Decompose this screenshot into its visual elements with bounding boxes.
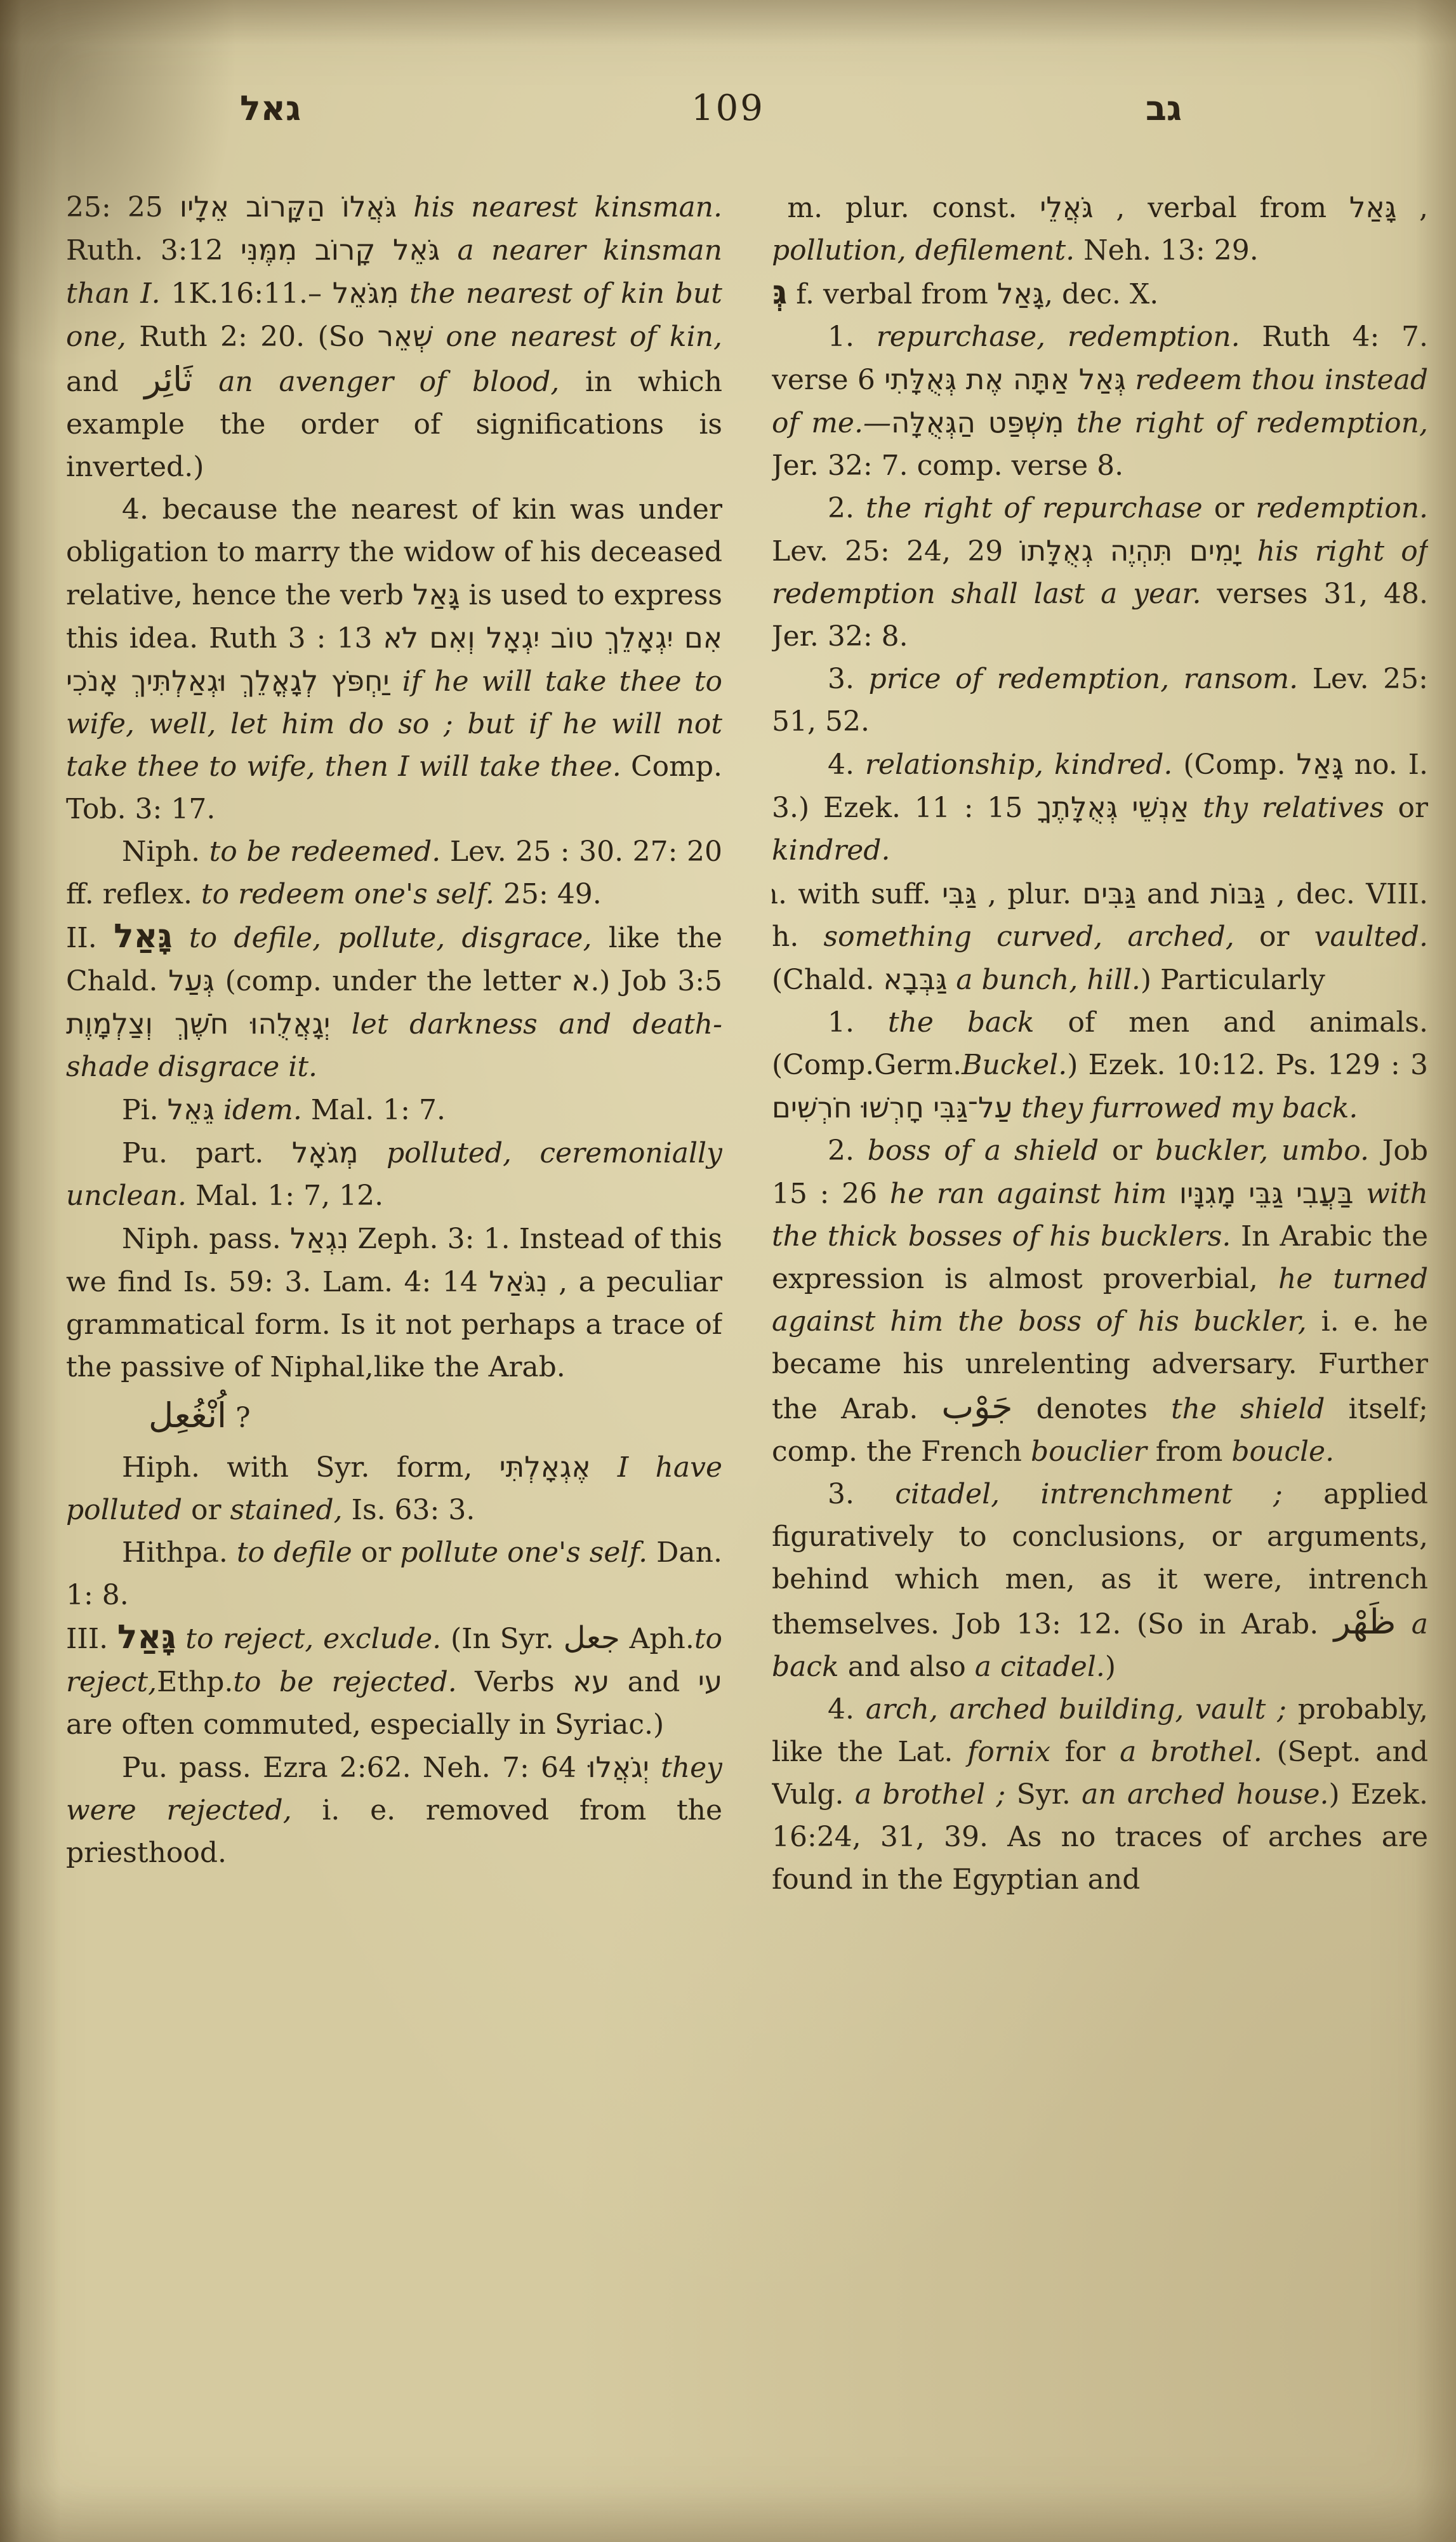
latin-text: Pu. pass. Ezra 2:62. Neh. 7: 64 (122, 1752, 588, 1784)
hebrew-text: עַל־גַּבִּי חָרְשׁוּ חֹרְשִׁים (772, 1091, 1012, 1124)
italic-gloss: price of redemption, ransom. (869, 663, 1299, 695)
arabic-text: جَوْب (941, 1387, 1012, 1427)
dictionary-entry-paragraph: III. גָּאַל to reject, exclude. (In Syr.… (66, 1616, 722, 1746)
italic-gloss: to defile, pollute, disgrace, (173, 922, 592, 954)
latin-text: 4. (828, 1693, 866, 1726)
body-paragraph: اُنْغُعِل ? (66, 1388, 722, 1446)
latin-text: are often commuted, especially in Syriac… (66, 1708, 664, 1741)
latin-text: Ruth. 3:12 (66, 234, 241, 267)
body-paragraph: Pi. גֵּאֵל idem. Mal. 1: 7. (66, 1088, 722, 1131)
italic-gloss: the shield (1171, 1393, 1348, 1425)
latin-text: 1. (828, 1006, 888, 1039)
scanned-lexicon-page: גאל 109 גב 25: 25 גֹּאֲלוֹ הַקָּרוֹב אֵל… (0, 0, 1456, 2542)
italic-gloss: the right of redemption, (1064, 407, 1428, 439)
body-paragraph: 4. arch, arched building, vault ; probab… (772, 1688, 1428, 1901)
latin-text: Hiph. with Syr. form, (122, 1451, 500, 1484)
latin-text: (Chald. (772, 964, 884, 996)
italic-gloss: redemption. (1255, 492, 1428, 524)
italic-gloss: a brothel. (1120, 1736, 1262, 1768)
hebrew-text: יְגָאֲלֻהוּ חֹשֶׁךְ וְצַלְמָוֶת (66, 1007, 330, 1041)
hebrew-text: גָּאַל (413, 578, 460, 611)
dictionary-entry-paragraph: גַּב m. with suff. גַּבִּי , plur. גַּבִ… (772, 872, 1428, 1001)
italic-gloss: one nearest of kin, (433, 321, 722, 353)
latin-text: Mal. 1: 7. (302, 1094, 446, 1126)
latin-text: , plur. (977, 878, 1083, 910)
italic-gloss: buckler, umbo. (1155, 1135, 1369, 1167)
italic-gloss: the right of repurchase (866, 492, 1214, 524)
hebrew-text: גַּבִּי (942, 877, 977, 910)
latin-text: and also (848, 1651, 975, 1683)
latin-text: or (1398, 792, 1428, 824)
latin-text: III. (66, 1623, 117, 1655)
latin-text: Jer. 32: 7. comp. verse 8. (772, 449, 1123, 482)
latin-text: , (1396, 192, 1428, 224)
arabic-text: اُنْغُعِل (149, 1395, 227, 1435)
latin-text: and (1136, 878, 1210, 910)
hebrew-text: גַּבְּבָא (884, 962, 948, 996)
body-paragraph: 1. repurchase, redemption. Ruth 4: 7. ve… (772, 316, 1428, 487)
hebrew-text: גָּאַל (1349, 190, 1396, 224)
latin-text: m. plur. const. (772, 192, 1040, 224)
italic-gloss: idem. (215, 1094, 302, 1126)
hebrew-text: מְגֹאָל (292, 1136, 359, 1169)
hebrew-text: גְּאַל אַתָּה אֶת גְּאֻלָּתִי (884, 363, 1126, 396)
italic-gloss: something curved, arched, (824, 921, 1259, 953)
arabic-text: ثَائِر (144, 359, 192, 399)
latin-text: 2. (828, 1135, 868, 1167)
dictionary-entry-paragraph: II. גָּאַל to defile, pollute, disgrace,… (66, 915, 722, 1088)
hebrew-text: מִגֹּאֵל (333, 276, 399, 310)
hebrew-text: אַנְשֵׁי גְּאֻלָּתֶךָ (1036, 790, 1189, 824)
italic-gloss: stained, (230, 1494, 343, 1526)
latin-text: Pi. (122, 1094, 168, 1126)
latin-text: , dec. X. (1044, 278, 1158, 310)
italic-gloss: fornix (967, 1736, 1065, 1768)
latin-text: 3. (828, 1478, 895, 1510)
hebrew-text: נִגֹּאַל (489, 1265, 547, 1298)
hebrew-text: שְׁאֵר (378, 319, 433, 353)
italic-gloss: repurchase, redemption. (877, 321, 1240, 353)
latin-text: Hithpa. (122, 1536, 237, 1569)
dictionary-entry-paragraph: גֹּאֶל m. plur. const. גֹּאֲלֵי , verbal… (772, 185, 1428, 272)
latin-text: Niph. pass. (122, 1223, 290, 1255)
right-column: גֹּאֶל m. plur. const. גֹּאֲלֵי , verbal… (772, 185, 1428, 2509)
italic-gloss: a citadel. (975, 1651, 1105, 1683)
latin-text: Lev. 25: 24, 29 (772, 535, 1019, 568)
italic-gloss: arch, arched building, vault ; (866, 1693, 1287, 1726)
italic-gloss: his nearest kinsman. (397, 191, 722, 223)
hebrew-headword: גְּאֻלָּה (772, 274, 787, 312)
italic-gloss: a bunch, hill. (947, 964, 1141, 996)
hebrew-text: נִגְאַל (290, 1221, 348, 1255)
body-paragraph: 3. citadel, intrenchment ; applied figur… (772, 1473, 1428, 1688)
latin-text: Niph. (122, 835, 209, 868)
latin-text: 25: 49. (494, 878, 602, 910)
latin-text: and (609, 1666, 698, 1698)
hebrew-text: גַּבּוֹת (1210, 877, 1265, 910)
body-paragraph: 2. the right of repurchase or redemption… (772, 487, 1428, 658)
hebrew-text: גָּאַל (997, 277, 1044, 310)
italic-gloss: relationship, kindred. (865, 749, 1173, 781)
latin-text: (In Syr. (441, 1623, 563, 1655)
body-paragraph: Niph. pass. נִגְאַל Zeph. 3: 1. Instead … (66, 1217, 722, 1388)
body-paragraph: Pu. pass. Ezra 2:62. Neh. 7: 64 יְגֹאֲלו… (66, 1746, 722, 1874)
page-number: 109 (0, 80, 1456, 137)
latin-text: or (361, 1536, 400, 1569)
latin-text: for (1065, 1736, 1120, 1768)
italic-gloss: to reject, exclude. (176, 1623, 441, 1655)
page-header: גאל 109 גב (0, 80, 1456, 137)
body-paragraph: 2. boss of a shield or buckler, umbo. Jo… (772, 1129, 1428, 1473)
latin-text: denotes (1013, 1393, 1171, 1425)
hebrew-text: גֵּאֵל (168, 1093, 215, 1126)
latin-text: , verbal from (1094, 192, 1349, 224)
italic-gloss: to be rejected. (233, 1666, 456, 1698)
italic-gloss: they furrowed my back. (1012, 1092, 1358, 1124)
latin-text: .) Job 3:5 (590, 965, 722, 997)
latin-text: or (1259, 921, 1314, 953)
italic-gloss: citadel, intrenchment ; (895, 1478, 1283, 1510)
italic-gloss: vaulted. (1314, 921, 1428, 953)
italic-gloss: kindred. (772, 834, 890, 867)
latin-text: Mal. 1: 7, 12. (187, 1180, 383, 1212)
latin-text: 25: 25 (66, 191, 180, 223)
latin-text: ) Ezek. 10:12. Ps. 129 : 3 (1067, 1049, 1428, 1081)
latin-text (1240, 321, 1262, 353)
latin-text: or (191, 1494, 230, 1526)
latin-text: Ethp. (157, 1666, 233, 1698)
hebrew-headword: גָּאַל (114, 917, 173, 955)
dictionary-entry-paragraph: גְּאֻלָּה f. verbal from גָּאַל, dec. X. (772, 272, 1428, 316)
latin-text: Neh. 13: 29. (1075, 234, 1259, 267)
latin-text: ? (227, 1402, 251, 1434)
italic-gloss: an arched house. (1082, 1778, 1328, 1811)
body-paragraph: 3. price of redemption, ransom. Lev. 25:… (772, 658, 1428, 743)
hebrew-text: גַּבִּים (1082, 877, 1136, 910)
body-paragraph: Pu. part. מְגֹאָל polluted, ceremonially… (66, 1131, 722, 1217)
italic-gloss: bouclier (1031, 1435, 1156, 1468)
latin-text: Pu. part. (122, 1137, 292, 1169)
latin-text: from (1156, 1435, 1232, 1468)
italic-gloss: pollute one's self. (400, 1536, 647, 1569)
body-paragraph: Hithpa. to defile or pollute one's self.… (66, 1531, 722, 1616)
body-paragraph: Hiph. with Syr. form, אֶגְאָלְתִּי I hav… (66, 1446, 722, 1531)
latin-text: f. verbal from (787, 278, 997, 310)
italic-gloss: a brothel ; (855, 1778, 1006, 1811)
hebrew-text: מִשְׁפַּט הַגְּאֻלָּה (891, 406, 1064, 439)
hebrew-text: עא (572, 1665, 609, 1698)
running-head-right-hebrew: גב (1146, 80, 1182, 137)
latin-text: or (1214, 492, 1256, 524)
latin-text: 1. (828, 321, 877, 353)
latin-text: Is. 63: 3. (343, 1494, 475, 1526)
body-paragraph: Niph. to be redeemed. Lev. 25 : 30. 27: … (66, 830, 722, 915)
latin-text: Aph. (620, 1623, 694, 1655)
hebrew-text: גֹּאֲלֵי (1040, 190, 1093, 224)
hebrew-text: גֹּאֵל קָרוֹב מִמֶּנִּי (241, 233, 440, 267)
hebrew-text: גֹּאֲלוֹ הַקָּרוֹב אֵלָיו (180, 190, 397, 223)
italic-gloss: to be redeemed. (209, 835, 441, 868)
italic-gloss: thy relatives (1189, 792, 1398, 824)
italic-gloss: boucle. (1231, 1435, 1334, 1468)
latin-text: ) (1105, 1651, 1116, 1683)
hebrew-text: יְגֹאֲלוּ (588, 1750, 649, 1784)
latin-text: Verbs (457, 1666, 572, 1698)
hebrew-text: גָּאַל (1297, 747, 1344, 781)
hebrew-headword: גָּאַל (117, 1618, 176, 1656)
italic-gloss: Buckel. (962, 1049, 1067, 1081)
latin-text: ) Particularly (1141, 964, 1325, 996)
body-paragraph: 4. because the nearest of kin was under … (66, 488, 722, 830)
latin-text: (Comp. (1172, 749, 1296, 781)
italic-gloss: pollution, defilement. (772, 234, 1075, 267)
syriac-text: جعل (564, 1620, 620, 1656)
latin-text: Syr. (1005, 1778, 1082, 1811)
arabic-text: ظَهْر (1334, 1602, 1396, 1642)
italic-gloss: to redeem one's self. (201, 878, 494, 910)
hebrew-text: עי (698, 1665, 722, 1698)
text-columns: 25: 25 גֹּאֲלוֹ הַקָּרוֹב אֵלָיו his nea… (66, 185, 1428, 2509)
latin-text: 1K.16:11.– (161, 277, 333, 310)
latin-text: and (66, 366, 144, 398)
latin-text: 2. (828, 492, 866, 524)
latin-text: or (1112, 1135, 1155, 1167)
hebrew-text: אֶגְאָלְתִּי (500, 1450, 591, 1484)
italic-gloss: he ran against him (890, 1178, 1179, 1210)
italic-gloss: to defile (237, 1536, 361, 1569)
body-paragraph: 25: 25 גֹּאֲלוֹ הַקָּרוֹב אֵלָיו his nea… (66, 185, 722, 488)
hebrew-text: בַּעֲבִי גַּבֵּי מָגִנָּיו (1179, 1176, 1354, 1210)
latin-text: 3. (828, 663, 869, 695)
latin-text: (comp. under the letter (215, 965, 571, 997)
hebrew-text: יָמִים תִּהְיֶה גְאֻלָּתוֹ (1019, 534, 1240, 568)
hebrew-text: גְּעַל (168, 964, 215, 997)
italic-gloss: boss of a shield (868, 1135, 1112, 1167)
latin-text: Ruth 2: 20. (So (126, 321, 378, 353)
body-paragraph: 4. relationship, kindred. (Comp. גָּאַל … (772, 743, 1428, 872)
latin-text: 4. (828, 749, 865, 781)
italic-gloss: an avenger of blood, (193, 366, 560, 398)
italic-gloss: the back (888, 1006, 1068, 1039)
latin-text: m. with suff. (772, 878, 942, 910)
body-paragraph: 1. the back of men and animals. (Comp.Ge… (772, 1001, 1428, 1129)
latin-text: II. (66, 922, 114, 954)
left-column: 25: 25 גֹּאֲלוֹ הַקָּרוֹב אֵלָיו his nea… (66, 185, 722, 2509)
hebrew-text: א (571, 964, 590, 997)
